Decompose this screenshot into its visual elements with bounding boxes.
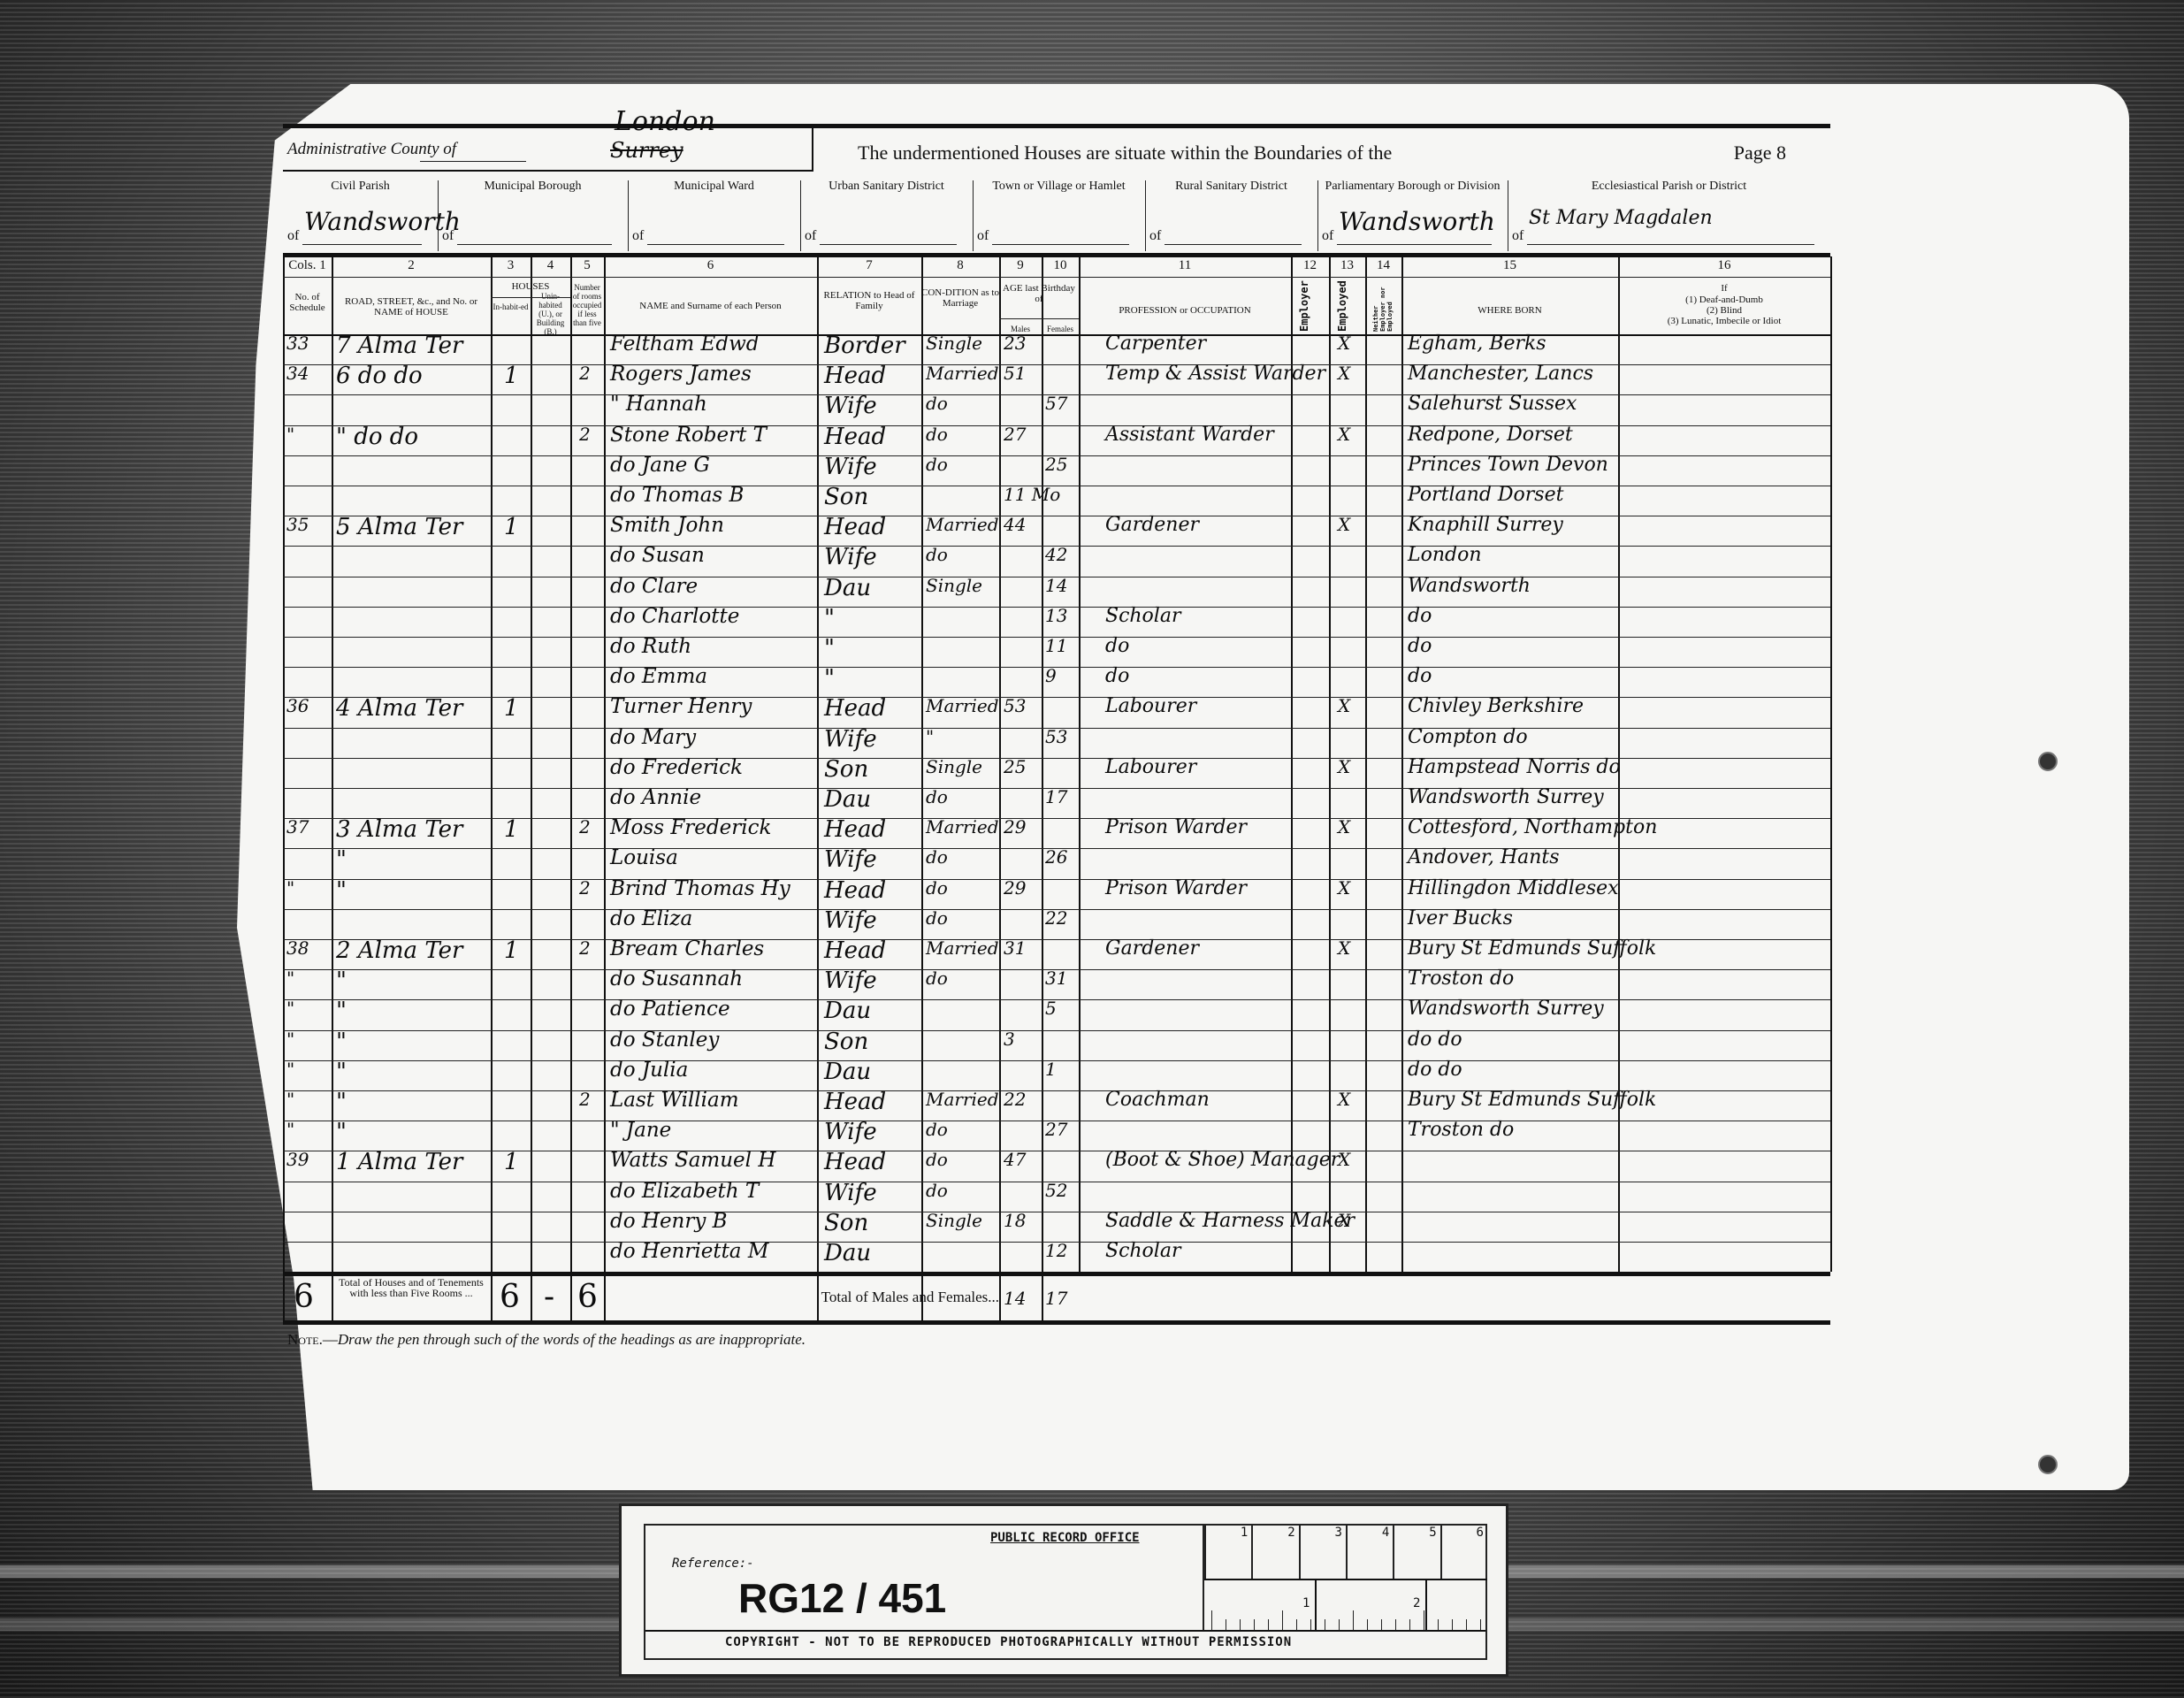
cell-occupation: Scholar [1105,605,1180,627]
header-employed: Employed [1336,283,1348,332]
cell-relation: Wife [824,907,877,934]
table-row: "" do do2Stone Robert THeaddo27Assistant… [283,425,1830,455]
cell-inhabited: 1 [504,514,519,540]
cell-relation: Head [824,877,886,904]
cell-name: do Frederick [610,756,743,779]
cell-relation: " [824,605,835,631]
cell-road: " [336,1059,347,1085]
cell-occupation: Prison Warder [1105,816,1247,838]
header-age: AGE last Birthday of [999,283,1079,304]
of-label: of [1149,228,1161,244]
cell-where-born: Salehurst Sussex [1408,393,1577,415]
cell-occupation: Prison Warder [1105,877,1247,899]
cell-relation: Head [824,1089,886,1115]
column-number: 4 [531,258,570,273]
cell-schedule: " [286,1059,294,1080]
cell-employed: X [1338,1210,1350,1231]
cell-male-age: 23 [1004,333,1026,354]
admin-county-struck: Surrey [610,138,683,163]
scale-tick [1282,1610,1283,1632]
cell-name: do Jane G [610,454,710,477]
boundary-label: Ecclesiastical Parish or District [1508,179,1830,195]
cell-name: Rogers James [610,363,752,386]
table-row: ""do JuliaDau1do do [283,1060,1830,1090]
column-number: 6 [604,258,817,273]
page-number: Page 8 [1689,141,1786,164]
of-label: of [1322,228,1333,244]
cell-where-born: Knaphill Surrey [1408,514,1563,536]
boundary-label: Town or Village or Hamlet [973,179,1145,195]
boundary-label: Municipal Borough [438,179,628,195]
cell-occupation: Labourer [1105,756,1196,778]
footnote-prefix: Note.— [287,1331,338,1348]
cell-condition: do [926,393,948,414]
cell-schedule: " [286,1029,294,1050]
cell-where-born: London [1408,544,1482,566]
cell-schedule: 35 [286,514,309,535]
cell-female-age: 1 [1045,1059,1057,1080]
cell-inhabited: 1 [504,937,519,964]
scale-mark: 6 [1440,1526,1487,1579]
cell-where-born: Hampstead Norris do [1408,756,1621,778]
header-employer: Employer [1298,283,1310,332]
of-label: of [287,228,299,244]
divider [491,297,570,298]
boundary-value-7: Wandsworth [1339,207,1495,236]
punch-hole-icon [2038,1455,2058,1474]
cell-employed: X [1338,514,1350,535]
boundary-label: Civil Parish [283,179,438,195]
cell-male-age: 3 [1004,1029,1015,1050]
table-row: do Henry BSonSingle18Saddle & Harness Ma… [283,1212,1830,1242]
scale-mark: 3 [1299,1526,1346,1579]
total-schedules: 6 [294,1279,314,1315]
divider [420,161,526,162]
divider [800,180,801,251]
cell-where-born: Redpone, Dorset [1408,424,1573,446]
cell-where-born: Bury St Edmunds Suffolk [1408,937,1656,960]
cell-condition: Married [926,1089,999,1110]
table-row: do FrederickSonSingle25LabourerXHampstea… [283,758,1830,788]
scale-mark: 1 [1302,1596,1310,1610]
header-road: ROAD, STREET, &c., and No. or NAME of HO… [332,296,491,317]
table-row: do ClareDauSingle14Wandsworth [283,577,1830,607]
table-row: do Henrietta MDau12Scholar [283,1242,1830,1272]
of-label: of [632,228,644,244]
cell-relation: Son [824,756,868,783]
column-number: 13 [1329,258,1365,273]
cell-name: do Mary [610,726,696,749]
boundary-label: Rural Sanitary District [1145,179,1317,195]
column-number: Cols. 1 [283,258,332,273]
divider [1145,180,1146,251]
of-label: of [1512,228,1523,244]
cell-schedule: " [286,998,294,1019]
cell-inhabited: 1 [504,816,519,843]
cell-female-age: 31 [1045,968,1067,989]
cell-road: " [336,877,347,904]
scale-mark: 4 [1346,1526,1393,1579]
table-row: do Thomas BSon11 MoPortland Dorset [283,486,1830,516]
totals-persons-label: Total of Males and Females... [778,1289,999,1305]
reference-number: RG12 / 451 [738,1574,946,1622]
table-row: ""do PatienceDau5Wandsworth Surrey [283,999,1830,1029]
table-row: 373 Alma Ter12Moss FrederickHeadMarried2… [283,818,1830,848]
cell-where-born: do [1408,665,1432,687]
cell-occupation: Saddle & Harness Maker [1105,1210,1355,1232]
column-divider [1830,256,1832,1272]
cell-male-age: 31 [1004,937,1026,959]
cell-female-age: 11 [1045,635,1067,656]
header-name: NAME and Surname of each Person [604,301,817,311]
cell-name: do Eliza [610,907,692,930]
cell-male-age: 11 Mo [1004,484,1060,505]
cell-condition: do [926,877,948,899]
fill-line [457,244,612,245]
cell-road: 6 do do [336,363,423,389]
cell-female-age: 25 [1045,454,1067,475]
cell-relation: Head [824,363,886,389]
cell-road: 4 Alma Ter [336,695,462,722]
boundary-label: Urban Sanitary District [800,179,973,195]
census-form: Administrative County of Surrey London T… [283,115,1830,1433]
cell-where-born: Iver Bucks [1408,907,1513,929]
archive-reference-inner: PUBLIC RECORD OFFICE Reference:- RG12 / … [644,1524,1487,1660]
archive-reference-label: PUBLIC RECORD OFFICE Reference:- RG12 / … [619,1503,1508,1677]
cell-employed: X [1338,424,1350,445]
table-row: 337 Alma TerFeltham EdwdBorderSingle23Ca… [283,334,1830,364]
table-row: 364 Alma Ter1Turner HenryHeadMarried53La… [283,697,1830,727]
cell-name: " Jane [610,1119,671,1142]
footnote-text: Draw the pen through such of the words o… [338,1331,806,1348]
cell-female-age: 22 [1045,907,1067,929]
cell-name: do Ruth [610,635,691,658]
scale-tick [1353,1610,1354,1632]
table-row: """ JaneWifedo27Troston do [283,1121,1830,1151]
cell-rooms: 2 [579,1089,591,1110]
cell-male-age: 47 [1004,1149,1026,1170]
cell-relation: Head [824,816,886,843]
cell-where-born: Chivley Berkshire [1408,695,1584,717]
column-number: 16 [1618,258,1830,273]
cell-schedule: 39 [286,1149,309,1170]
cell-condition: Married [926,514,999,535]
cell-where-born: do [1408,605,1432,627]
cell-occupation: (Boot & Shoe) Manager [1105,1149,1340,1171]
table-row: ""do StanleySon3do do [283,1030,1830,1060]
admin-county-label: Administrative County of [287,140,456,159]
cell-relation: Wife [824,726,877,753]
header-infirmity-1: (1) Deaf-and-Dumb [1618,294,1830,305]
header-infirmity-if: If [1618,283,1830,294]
fill-line [1337,244,1492,245]
cell-male-age: 27 [1004,424,1026,445]
cell-where-born: Troston do [1408,968,1514,990]
cell-name: do Charlotte [610,605,739,628]
cell-relation: Son [824,484,868,510]
cell-relation: Dau [824,1240,871,1266]
cell-condition: " [926,726,934,747]
cell-rooms: 2 [579,424,591,445]
boundary-value-8: St Mary Magdalen [1529,207,1713,229]
copyright-notice: COPYRIGHT - NOT TO BE REPRODUCED PHOTOGR… [725,1635,1292,1649]
cell-condition: do [926,454,948,475]
punch-hole-icon [2038,752,2058,771]
cell-name: do Emma [610,665,707,688]
cell-name: Turner Henry [610,695,752,718]
cell-female-age: 53 [1045,726,1067,747]
cell-male-age: 18 [1004,1210,1026,1231]
total-inhabited: 6 [500,1279,520,1315]
cell-inhabited: 1 [504,363,519,389]
cell-where-born: Cottesford, Northampton [1408,816,1657,838]
cell-relation: Head [824,695,886,722]
cell-condition: do [926,846,948,868]
cell-name: " Hannah [610,393,707,416]
cell-schedule: 33 [286,333,309,354]
cell-male-age: 29 [1004,816,1026,838]
cell-where-born: do do [1408,1029,1462,1051]
cell-condition: Single [926,1210,982,1231]
cell-condition: Single [926,575,982,596]
header-rooms: Number of rooms occupied if less than fi… [570,283,604,327]
cell-schedule: 37 [286,816,309,838]
column-number: 8 [921,258,999,273]
cell-relation: Dau [824,1059,871,1085]
divider [283,253,1830,257]
cell-where-born: Andover, Hants [1408,846,1560,868]
cell-occupation: Scholar [1105,1240,1180,1262]
cell-schedule: 36 [286,695,309,716]
table-row: 355 Alma Ter1Smith JohnHeadMarried44Gard… [283,516,1830,546]
reference-label: Reference:- [672,1556,754,1571]
header-schedule: No. of Schedule [283,292,332,313]
cell-condition: do [926,544,948,565]
fill-line [1527,244,1814,245]
cell-employed: X [1338,877,1350,899]
cell-relation: Head [824,514,886,540]
divider [1317,180,1318,251]
boundaries-heading: The undermentioned Houses are situate wi… [858,141,1392,164]
header-where-born: WHERE BORN [1401,305,1618,316]
scale-mark: 2 [1413,1596,1420,1610]
header-infirmity-3: (3) Lunatic, Imbecile or Idiot [1618,316,1830,326]
cell-where-born: Portland Dorset [1408,484,1563,506]
column-number: 2 [332,258,491,273]
table-row: do AnnieDaudo17Wandsworth Surrey [283,788,1830,818]
cell-rooms: 2 [579,877,591,899]
cell-female-age: 14 [1045,575,1067,596]
divider [1508,180,1508,251]
cell-name: Brind Thomas Hy [610,877,790,900]
table-row: do Ruth"11dodo [283,637,1830,667]
cell-relation: Wife [824,1119,877,1145]
cell-where-born: do [1408,635,1432,657]
cell-name: do Elizabeth T [610,1180,759,1203]
divider [1315,1579,1317,1630]
cell-employed: X [1338,756,1350,777]
column-number: 12 [1291,258,1329,273]
header-relation: RELATION to Head of Family [817,290,921,311]
cell-occupation: Labourer [1105,695,1196,717]
cell-road: 1 Alma Ter [336,1149,462,1175]
cell-name: Feltham Edwd [610,333,759,356]
cell-male-age: 25 [1004,756,1026,777]
cell-inhabited: 1 [504,1149,519,1175]
divider [283,1320,1830,1325]
cell-condition: do [926,1149,948,1170]
cell-name: do Stanley [610,1029,719,1052]
scale-mark: 2 [1251,1526,1298,1579]
cell-employed: X [1338,695,1350,716]
fill-line [820,244,957,245]
cell-female-age: 52 [1045,1180,1067,1201]
cell-name: Louisa [610,846,678,869]
cell-male-age: 53 [1004,695,1026,716]
column-number: 9 [999,258,1042,273]
cell-name: Smith John [610,514,724,537]
cell-employed: X [1338,816,1350,838]
cell-condition: Married [926,816,999,838]
cell-relation: Dau [824,786,871,813]
column-number: 10 [1042,258,1079,273]
divider [283,124,1830,128]
cell-rooms: 2 [579,363,591,384]
cell-name: Bream Charles [610,937,764,960]
scale-mark: 5 [1393,1526,1439,1579]
cell-name: do Patience [610,998,730,1021]
column-number: 15 [1401,258,1618,273]
cell-employed: X [1338,363,1350,384]
admin-county-value: London [615,106,715,137]
cell-occupation: Carpenter [1105,333,1206,355]
cell-female-age: 13 [1045,605,1067,626]
cell-name: do Thomas B [610,484,744,507]
cell-road: 7 Alma Ter [336,333,462,359]
cell-male-age: 29 [1004,877,1026,899]
cell-relation: Son [824,1210,868,1236]
divider [438,180,439,251]
table-row: do ElizaWifedo22Iver Bucks [283,909,1830,939]
cell-inhabited: 1 [504,695,519,722]
cell-where-born: do do [1408,1059,1462,1081]
cell-road: " [336,1029,347,1055]
cell-condition: do [926,786,948,807]
cell-female-age: 57 [1045,393,1067,414]
cell-female-age: 27 [1045,1119,1067,1140]
column-number: 14 [1365,258,1401,273]
cell-rooms: 2 [579,816,591,838]
cell-schedule: " [286,424,294,445]
fill-line [1165,244,1302,245]
total-uninhabited: - [544,1279,554,1315]
cell-name: Moss Frederick [610,816,771,839]
cell-road: " [336,1089,347,1115]
cell-female-age: 26 [1045,846,1067,868]
boundary-label: Municipal Ward [628,179,800,195]
cell-where-born: Troston do [1408,1119,1514,1141]
table-row: ""do SusannahWifedo31Troston do [283,969,1830,999]
divider [1204,1579,1487,1580]
cell-road: " [336,968,347,994]
cell-male-age: 51 [1004,363,1026,384]
cell-name: do Julia [610,1059,688,1082]
divider [973,180,974,251]
boundary-label: Parliamentary Borough or Division [1317,179,1508,195]
header-females: Females [1042,325,1079,333]
cell-name: do Henry B [610,1210,728,1233]
divider [1425,1579,1427,1630]
cell-relation: Wife [824,968,877,994]
cell-where-born: Bury St Edmunds Suffolk [1408,1089,1656,1111]
column-number: 7 [817,258,921,273]
cell-condition: do [926,907,948,929]
cell-relation: Wife [824,393,877,419]
cell-relation: Wife [824,544,877,570]
divider [645,1630,1485,1632]
scale-mark: 1 [1204,1526,1251,1579]
cell-relation: Head [824,1149,886,1175]
cell-name: do Annie [610,786,701,809]
cell-rooms: 2 [579,937,591,959]
cell-name: Watts Samuel H [610,1149,775,1172]
cell-relation: Wife [824,454,877,480]
header-infirmity-2: (2) Blind [1618,305,1830,316]
table-row: do SusanWifedo42London [283,546,1830,576]
cell-relation: " [824,665,835,692]
fill-line [302,244,422,245]
cell-employed: X [1338,333,1350,354]
totals-houses-label: Total of Houses and of Tenements with le… [336,1277,486,1298]
cell-where-born: Hillingdon Middlesex [1408,877,1619,899]
fill-line [992,244,1129,245]
footnote: Note.—Draw the pen through such of the w… [287,1331,806,1349]
total-females: 17 [1045,1288,1067,1309]
table-row: do Elizabeth TWifedo52 [283,1182,1830,1212]
column-number: 3 [491,258,531,273]
cell-schedule: " [286,1119,294,1140]
cell-road: " [336,1119,347,1145]
cell-female-age: 17 [1045,786,1067,807]
total-males: 14 [1004,1288,1026,1309]
cell-relation: Dau [824,998,871,1024]
cell-name: do Henrietta M [610,1240,768,1263]
cell-where-born: Wandsworth Surrey [1408,786,1604,808]
cell-where-born: Manchester, Lancs [1408,363,1593,385]
cell-employed: X [1338,1149,1350,1170]
cell-where-born: Egham, Berks [1408,333,1546,355]
divider [283,170,813,172]
table-row: 391 Alma Ter1Watts Samuel HHeaddo47(Boot… [283,1151,1830,1181]
cell-condition: Single [926,756,982,777]
cell-female-age: 5 [1045,998,1057,1019]
cell-road: " [336,846,347,873]
cell-schedule: " [286,1089,294,1110]
cell-where-born: Wandsworth Surrey [1408,998,1604,1020]
cell-relation: Wife [824,1180,877,1206]
cell-name: Last William [610,1089,739,1112]
header-occupation: PROFESSION or OCCUPATION [1079,305,1291,316]
of-label: of [442,228,454,244]
cell-relation: Wife [824,846,877,873]
table-row: 346 do do12Rogers JamesHeadMarried51Temp… [283,364,1830,394]
table-row: ""2Brind Thomas HyHeaddo29Prison WarderX… [283,879,1830,909]
cell-occupation: do [1105,665,1129,687]
divider [999,318,1079,319]
cell-road: 3 Alma Ter [336,816,462,843]
cell-where-born: Wandsworth [1408,575,1531,597]
fill-line [647,244,784,245]
